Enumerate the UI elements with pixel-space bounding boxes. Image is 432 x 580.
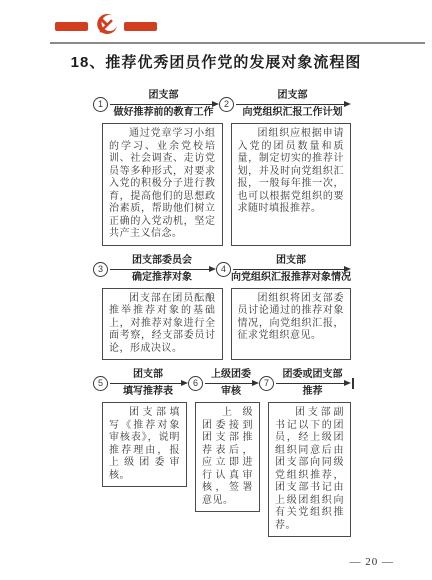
flowchart: 1 团支部 做好推荐前的教育工作 2 团支部 向党组织汇报工作计划 通过党章学习…	[93, 90, 351, 546]
flow-step-2: 2 团支部 向党组织汇报工作计划	[219, 90, 351, 119]
step-1-detail-text: 通过党章学习小组的学习、业余党校培训、社会调查、走访党员等多种形式，对要求入党的…	[109, 128, 216, 241]
arrow-right-icon	[110, 269, 210, 270]
step-5-detail-box: 团支部填写《推荐对象审核表》，说明推荐理由，报上级团委审核。	[102, 402, 187, 487]
step-6-actor: 上级团委	[203, 369, 259, 381]
step-1-actor: 团支部	[108, 90, 219, 102]
step-2-action: 向党组织汇报工作计划	[234, 107, 351, 119]
step-7-actor: 团委或团支部	[274, 369, 351, 381]
step-3-detail-text: 团支部在团员酝酿推举推荐对象的基础上，对推荐对象进行全面考察，经支部委员讨论，形…	[109, 293, 216, 356]
step-2-detail-text: 团组织应根据申请入党的团员数量和质量，制定切实的推荐计划，并及时向党组织汇报，一…	[238, 128, 345, 216]
step-4-detail-box: 团组织将团支部委员讨论通过的推荐对象情况，向党组织汇报，征求党组织意见。	[231, 288, 352, 361]
step-4-actor: 团支部	[231, 255, 351, 267]
flow-step-5: 5 团支部 填写推荐表	[93, 369, 188, 398]
page-number: — 20 —	[350, 556, 395, 568]
flow-step-row-1: 1 团支部 做好推荐前的教育工作 2 团支部 向党组织汇报工作计划	[93, 90, 351, 119]
step-5-action: 填写推荐表	[108, 386, 188, 398]
step-2-detail-box: 团组织应根据申请入党的团员数量和质量，制定切实的推荐计划，并及时向党组织汇报，一…	[231, 123, 352, 246]
flow-step-4: 4 团支部 向党组织汇报推荐对象情况	[216, 255, 351, 284]
brand-bar-right	[124, 22, 157, 31]
step-7-action: 推荐	[274, 386, 351, 398]
step-6-number-badge: 6	[188, 376, 203, 391]
flow-step-1: 1 团支部 做好推荐前的教育工作	[93, 90, 219, 119]
page-title: 18、推荐优秀团员作党的发展对象流程图	[0, 51, 432, 72]
step-5-number-badge: 5	[93, 376, 108, 391]
step-3-actor: 团支部委员会	[108, 255, 216, 267]
step-1-number-badge: 1	[93, 97, 108, 112]
step-4-number-badge: 4	[216, 262, 231, 277]
step-5-actor: 团支部	[108, 369, 188, 381]
step-7-detail-text: 团支部副书记以下的团员，经上级团组织同意后由团支部向同级党组织推荐，团支部书记由…	[275, 407, 344, 532]
step-4-detail-text: 团组织将团支部委员讨论通过的推荐对象情况，向党组织汇报，征求党组织意见。	[238, 293, 345, 343]
arrow-right-icon	[233, 269, 345, 270]
step-3-number-badge: 3	[93, 262, 108, 277]
arrow-right-terminal-icon	[276, 383, 345, 384]
arrow-right-icon	[236, 104, 345, 105]
arrow-right-icon	[110, 104, 213, 105]
step-1-detail-box: 通过党章学习小组的学习、业余党校培训、社会调查、走访党员等多种形式，对要求入党的…	[102, 123, 223, 246]
step-7-detail-box: 团支部副书记以下的团员，经上级团组织同意后由团支部向同级党组织推荐，团支部书记由…	[268, 402, 351, 537]
step-6-action: 审核	[203, 386, 259, 398]
step-2-number-badge: 2	[219, 97, 234, 112]
step-6-detail-box: 上级团委接到团支部推荐表后，应立即进行认真审核，签署意见。	[195, 402, 260, 512]
step-3-action: 确定推荐对象	[108, 272, 216, 284]
document-page: 18、推荐优秀团员作党的发展对象流程图 1 团支部 做好推荐前的教育工作 2 团…	[0, 0, 432, 580]
flow-step-7: 7 团委或团支部 推荐	[259, 369, 351, 398]
step-4-action: 向党组织汇报推荐对象情况	[231, 272, 351, 284]
step-2-actor: 团支部	[234, 90, 351, 102]
step-3-detail-box: 团支部在团员酝酿推举推荐对象的基础上，对推荐对象进行全面考察，经支部委员讨论，形…	[102, 288, 223, 361]
flow-step-6: 6 上级团委 审核	[188, 369, 259, 398]
brand-bar-left	[55, 22, 88, 31]
step-1-action: 做好推荐前的教育工作	[108, 107, 219, 119]
flow-step-3: 3 团支部委员会 确定推荐对象	[93, 255, 216, 284]
flow-detail-row-3: 团支部填写《推荐对象审核表》，说明推荐理由，报上级团委审核。 上级团委接到团支部…	[102, 402, 351, 537]
flow-step-row-2: 3 团支部委员会 确定推荐对象 4 团支部 向党组织汇报推荐对象情况	[93, 255, 351, 284]
header-brand	[55, 13, 157, 39]
flow-step-row-3: 5 团支部 填写推荐表 6 上级团委 审核 7 团委或团支部	[93, 369, 351, 398]
flow-detail-row-2: 团支部在团员酝酿推举推荐对象的基础上，对推荐对象进行全面考察，经支部委员讨论，形…	[102, 288, 351, 361]
step-6-detail-text: 上级团委接到团支部推荐表后，应立即进行认真审核，签署意见。	[202, 407, 253, 507]
header-divider	[50, 42, 425, 44]
arrow-right-icon	[110, 383, 182, 384]
flow-detail-row-1: 通过党章学习小组的学习、业余党校培训、社会调查、走访党员等多种形式，对要求入党的…	[102, 123, 351, 246]
step-5-detail-text: 团支部填写《推荐对象审核表》，说明推荐理由，报上级团委审核。	[109, 407, 180, 482]
arrow-right-icon	[205, 383, 253, 384]
step-7-number-badge: 7	[259, 376, 274, 391]
hammer-and-sickle-icon	[93, 13, 119, 39]
